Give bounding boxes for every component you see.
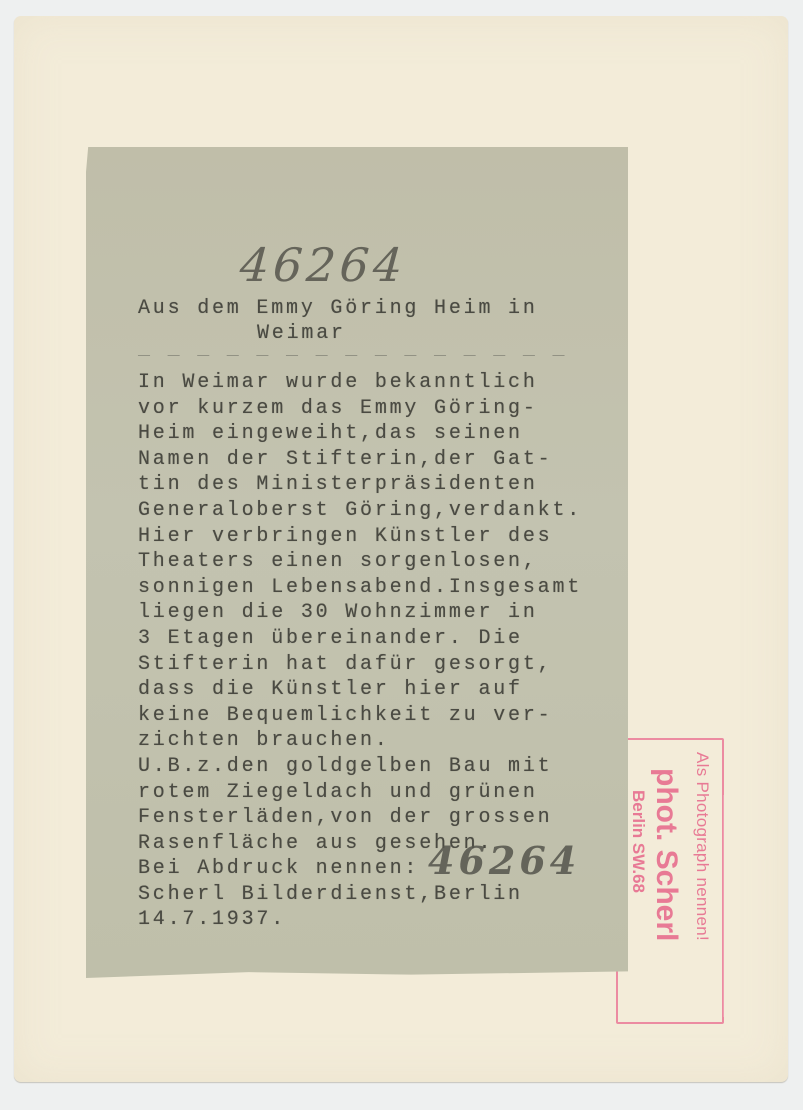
headline-separator: _ _ _ _ _ _ _ _ _ _ _ _ _ _ _ xyxy=(138,338,567,361)
handwritten-archive-number-top: 46264 xyxy=(238,238,408,292)
caption-headline-line1: Aus dem Emmy Göring Heim in xyxy=(138,296,538,322)
stamp-inner-rule xyxy=(723,795,724,1017)
stamp-text-phot-scherl: phot. Scherl xyxy=(649,768,683,941)
stamp-text-berlin: Berlin SW.68 xyxy=(628,790,648,893)
handwritten-archive-number-bottom: 46264 xyxy=(428,838,580,883)
stamp-text-als-photograph: Als Photograph nennen! xyxy=(692,752,712,941)
